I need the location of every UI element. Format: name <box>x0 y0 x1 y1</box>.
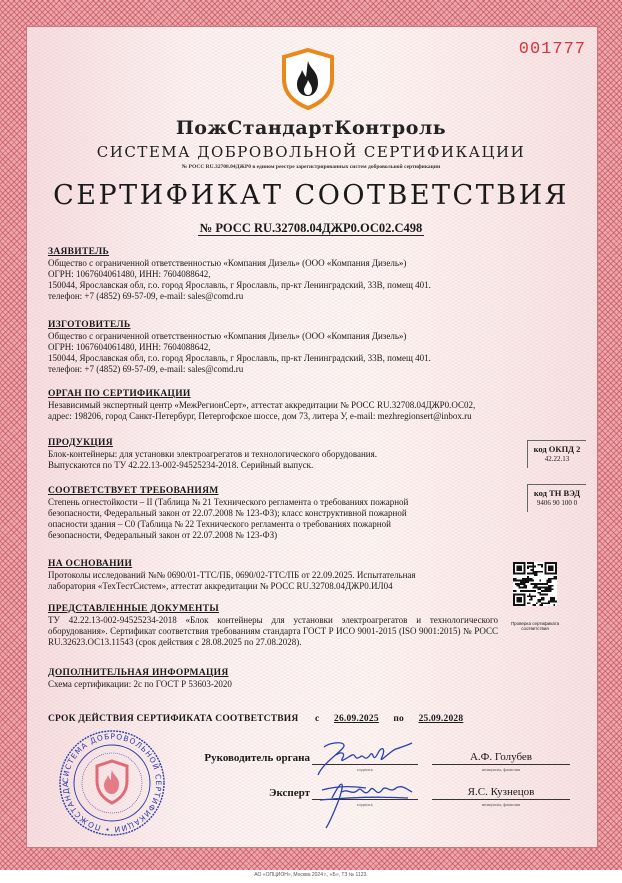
validity-period: СРОК ДЕЙСТВИЯ СЕРТИФИКАТА СООТВЕТСТВИЯ с… <box>48 714 475 724</box>
documents-text: ТУ 42.22.13-002-94525234-2018 «Блок конт… <box>48 615 498 648</box>
requirements-line: Степень огнестойкости – II (Таблица № 21… <box>48 497 508 508</box>
printer-note: АО «ОПЦИОН», Москва 2024 г., «Б», ТЗ № 1… <box>0 872 622 878</box>
section-product: ПРОДУКЦИЯ Блок-контейнеры: для установки… <box>48 438 508 471</box>
section-applicant: ЗАЯВИТЕЛЬ Общество с ограниченной ответс… <box>48 247 518 302</box>
expert-role-label: Эксперт <box>269 787 310 799</box>
validity-from-date: 26.09.2025 <box>334 714 379 724</box>
requirements-line: опасности здания – С0 (Таблица № 22 Техн… <box>48 519 508 530</box>
section-heading: ИЗГОТОВИТЕЛЬ <box>48 320 518 331</box>
certification-stamp: СИСТЕМА ДОБРОВОЛЬНОЙ СЕРТИФИКАЦИИ • ПОЖС… <box>57 728 167 838</box>
section-manufacturer: ИЗГОТОВИТЕЛЬ Общество с ограниченной отв… <box>48 320 518 375</box>
applicant-line: ОГРН: 1067604061480, ИНН: 7604088642, <box>48 269 518 280</box>
section-heading: ЗАЯВИТЕЛЬ <box>48 247 518 258</box>
tnved-label: код ТН ВЭД <box>528 488 586 498</box>
flame-shield-icon <box>279 47 337 111</box>
manufacturer-line: 150044, Ярославская обл, г.о. город Ярос… <box>48 353 518 364</box>
section-requirements: СООТВЕТСТВУЕТ ТРЕБОВАНИЯМ Степень огнест… <box>48 486 508 541</box>
serial-number: 001777 <box>519 40 586 59</box>
expert-signature-icon <box>312 772 422 832</box>
additional-line: Схема сертификации: 2с по ГОСТ Р 53603-2… <box>48 679 508 690</box>
section-heading: ПРОДУКЦИЯ <box>48 438 508 449</box>
manufacturer-line: телефон: +7 (4852) 69-57-09, e-mail: sal… <box>48 364 518 375</box>
validity-to-date: 25.09.2028 <box>419 714 464 724</box>
tnved-code-box: код ТН ВЭД 9406 90 100 0 <box>527 484 586 512</box>
applicant-line: Общество с ограниченной ответственностью… <box>48 258 518 269</box>
system-name: СИСТЕМА ДОБРОВОЛЬНОЙ СЕРТИФИКАЦИИ <box>0 143 622 161</box>
okpd2-value: 42.22.13 <box>528 454 586 464</box>
certificate-number: № РОСС RU.32708.04ДЖР0.ОС02.С498 <box>0 219 622 237</box>
validity-label: СРОК ДЕЙСТВИЯ СЕРТИФИКАТА СООТВЕТСТВИЯ <box>48 714 298 724</box>
head-role-label: Руководитель органа <box>204 752 310 764</box>
tnved-value: 9406 90 100 0 <box>528 498 586 508</box>
section-basis: НА ОСНОВАНИИ Протоколы исследований №№ 0… <box>48 559 508 592</box>
requirements-line: безопасности, Федеральный закон от 22.07… <box>48 508 508 519</box>
section-heading: ДОПОЛНИТЕЛЬНАЯ ИНФОРМАЦИЯ <box>48 668 508 679</box>
brand-name: ПожСтандартКонтроль <box>0 117 622 139</box>
qr-code-icon[interactable] <box>513 562 557 606</box>
okpd2-label: код ОКПД 2 <box>528 444 586 454</box>
section-documents: ПРЕДСТАВЛЕННЫЕ ДОКУМЕНТЫ ТУ 42.22.13-002… <box>48 604 498 648</box>
document-title: СЕРТИФИКАТ СООТВЕТСТВИЯ <box>0 180 622 211</box>
validity-from-word: с <box>315 714 319 724</box>
okpd2-code-box: код ОКПД 2 42.22.13 <box>527 440 586 468</box>
head-name-caption: инициалы, фамилия <box>432 767 570 772</box>
manufacturer-line: ОГРН: 1067604061480, ИНН: 7604088642, <box>48 342 518 353</box>
applicant-line: телефон: +7 (4852) 69-57-09, e-mail: sal… <box>48 291 518 302</box>
section-heading: ОРГАН ПО СЕРТИФИКАЦИИ <box>48 389 568 400</box>
manufacturer-line: Общество с ограниченной ответственностью… <box>48 331 518 342</box>
qr-caption: Проверка сертификата соответствия <box>503 621 567 631</box>
cert-body-line: Независимый экспертный центр «МежРегионС… <box>48 400 568 411</box>
expert-name-line <box>432 785 570 800</box>
section-heading: СООТВЕТСТВУЕТ ТРЕБОВАНИЯМ <box>48 486 508 497</box>
applicant-line: 150044, Ярославская обл, г.о. город Ярос… <box>48 280 518 291</box>
product-line: Блок-контейнеры: для установки электроаг… <box>48 449 508 460</box>
certificate-number-text: № РОСС RU.32708.04ДЖР0.ОС02.С498 <box>198 221 425 236</box>
section-additional: ДОПОЛНИТЕЛЬНАЯ ИНФОРМАЦИЯ Схема сертифик… <box>48 668 508 690</box>
basis-line: лаборатория «ТехТестСистем», аттестат ак… <box>48 581 508 592</box>
requirements-line: безопасности, Федеральный закон от 22.07… <box>48 530 508 541</box>
validity-to-word: по <box>393 714 404 724</box>
basis-line: Протоколы исследований №№ 0690/01-ТТС/ПБ… <box>48 570 508 581</box>
head-name-line <box>432 750 570 765</box>
section-cert-body: ОРГАН ПО СЕРТИФИКАЦИИ Независимый экспер… <box>48 389 568 422</box>
stamp-flame-shield-icon <box>97 761 127 803</box>
cert-body-line: адрес: 198206, город Санкт-Петербург, Пе… <box>48 411 568 422</box>
expert-name-caption: инициалы, фамилия <box>432 802 570 807</box>
registry-note: № РОСС RU.32708.04ДЖР0 в едином реестре … <box>0 164 622 170</box>
section-heading: ПРЕДСТАВЛЕННЫЕ ДОКУМЕНТЫ <box>48 604 498 615</box>
section-heading: НА ОСНОВАНИИ <box>48 559 508 570</box>
product-line: Выпускаются по ТУ 42.22.13-002-94525234-… <box>48 460 508 471</box>
